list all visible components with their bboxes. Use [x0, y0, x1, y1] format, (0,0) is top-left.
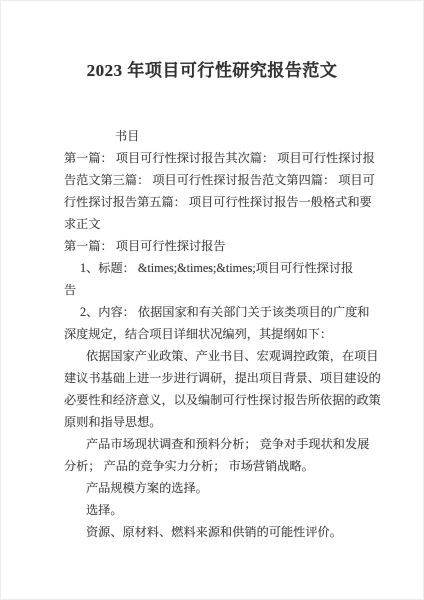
text-line: 2、内容： 依据国家和有关部门关于该类项目的广度和: [64, 301, 368, 323]
text-line: 必要性和经济意义，以及编制可行性探讨报告所依据的政策: [64, 389, 368, 411]
text-line: 建议书基础上进一步进行调研，提出项目背景、项目建设的: [64, 367, 368, 389]
text-line: 1、标题： &times;&times;&times;项目可行性探讨报: [64, 257, 368, 279]
text-line: 深度规定，结合项目详细状况编列，其提纲如下：: [64, 323, 368, 345]
text-line: 分析； 产品的竞争实力分析； 市场营销战略。: [64, 455, 368, 477]
toc-heading: 书目: [64, 125, 368, 147]
text-line: 行性探讨报告第五篇： 项目可行性探讨报告一般格式和要: [64, 191, 368, 213]
document-title: 2023 年项目可行性研究报告范文: [0, 0, 424, 81]
text-line: 选择。: [64, 499, 368, 521]
document-body: 书目 第一篇： 项目可行性探讨报告其次篇： 项目可行性探讨报 告范文第三篇： 项…: [0, 125, 424, 543]
text-line: 依据国家产业政策、产业书目、宏观调控政策，在项目: [64, 345, 368, 367]
text-line: 告: [64, 279, 368, 301]
section-heading: 第一篇： 项目可行性探讨报告: [64, 235, 368, 257]
text-line: 产品规模方案的选择。: [64, 477, 368, 499]
document-page: 2023 年项目可行性研究报告范文 书目 第一篇： 项目可行性探讨报告其次篇： …: [0, 0, 424, 600]
text-line: 产品市场现状调查和预料分析； 竞争对手现状和发展: [64, 433, 368, 455]
text-line: 原则和指导思想。: [64, 411, 368, 433]
text-line: 求正文: [64, 213, 368, 235]
text-line: 第一篇： 项目可行性探讨报告其次篇： 项目可行性探讨报: [64, 147, 368, 169]
text-line: 资源、原材料、燃料来源和供销的可能性评价。: [64, 521, 368, 543]
text-line: 告范文第三篇： 项目可行性探讨报告范文第四篇： 项目可: [64, 169, 368, 191]
